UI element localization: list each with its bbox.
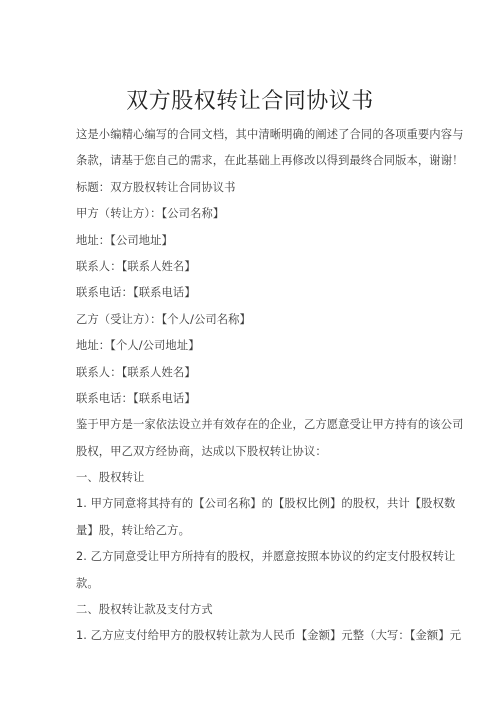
party-a-phone: 联系电话：【联系电话】 [76,284,431,310]
clause-1-1-line-1: 1. 甲方同意将其持有的【公司名称】的【股权比例】的股权，共计【股权数 [76,495,431,521]
party-b-address: 地址：【个人/公司地址】 [76,337,431,363]
party-b-contact: 联系人：【联系人姓名】 [76,364,431,390]
section-2-heading: 二、股权转让款及支付方式 [76,601,431,627]
party-a-contact: 联系人：【联系人姓名】 [76,258,431,284]
clause-1-2-line-2: 款。 [76,575,431,601]
document-body: 这是小编精心编写的合同文档，其中清晰明确的阐述了合同的各项重要内容与 条款，请基… [76,126,431,654]
section-1-heading: 一、股权转让 [76,469,431,495]
heading-label: 标题：双方股权转让合同协议书 [76,179,431,205]
intro-line-1: 这是小编精心编写的合同文档，其中清晰明确的阐述了合同的各项重要内容与 [76,126,431,152]
document-title: 双方股权转让合同协议书 [0,84,500,115]
party-a-name: 甲方（转让方）：【公司名称】 [76,205,431,231]
party-b-phone: 联系电话：【联系电话】 [76,390,431,416]
party-b-name: 乙方（受让方）：【个人/公司名称】 [76,311,431,337]
clause-2-1-line-1: 1. 乙方应支付给甲方的股权转让款为人民币【金额】元整（大写：【金额】元 [76,627,431,653]
clause-1-1-line-2: 量】股，转让给乙方。 [76,522,431,548]
intro-line-2: 条款，请基于您自己的需求，在此基础上再修改以得到最终合同版本，谢谢！ [76,152,431,178]
recital-line-2: 股权，甲乙双方经协商，达成以下股权转让协议： [76,443,431,469]
clause-1-2-line-1: 2. 乙方同意受让甲方所持有的股权，并愿意按照本协议的约定支付股权转让 [76,548,431,574]
recital-line-1: 鉴于甲方是一家依法设立并有效存在的企业，乙方愿意受让甲方持有的该公司 [76,416,431,442]
party-a-address: 地址：【公司地址】 [76,232,431,258]
